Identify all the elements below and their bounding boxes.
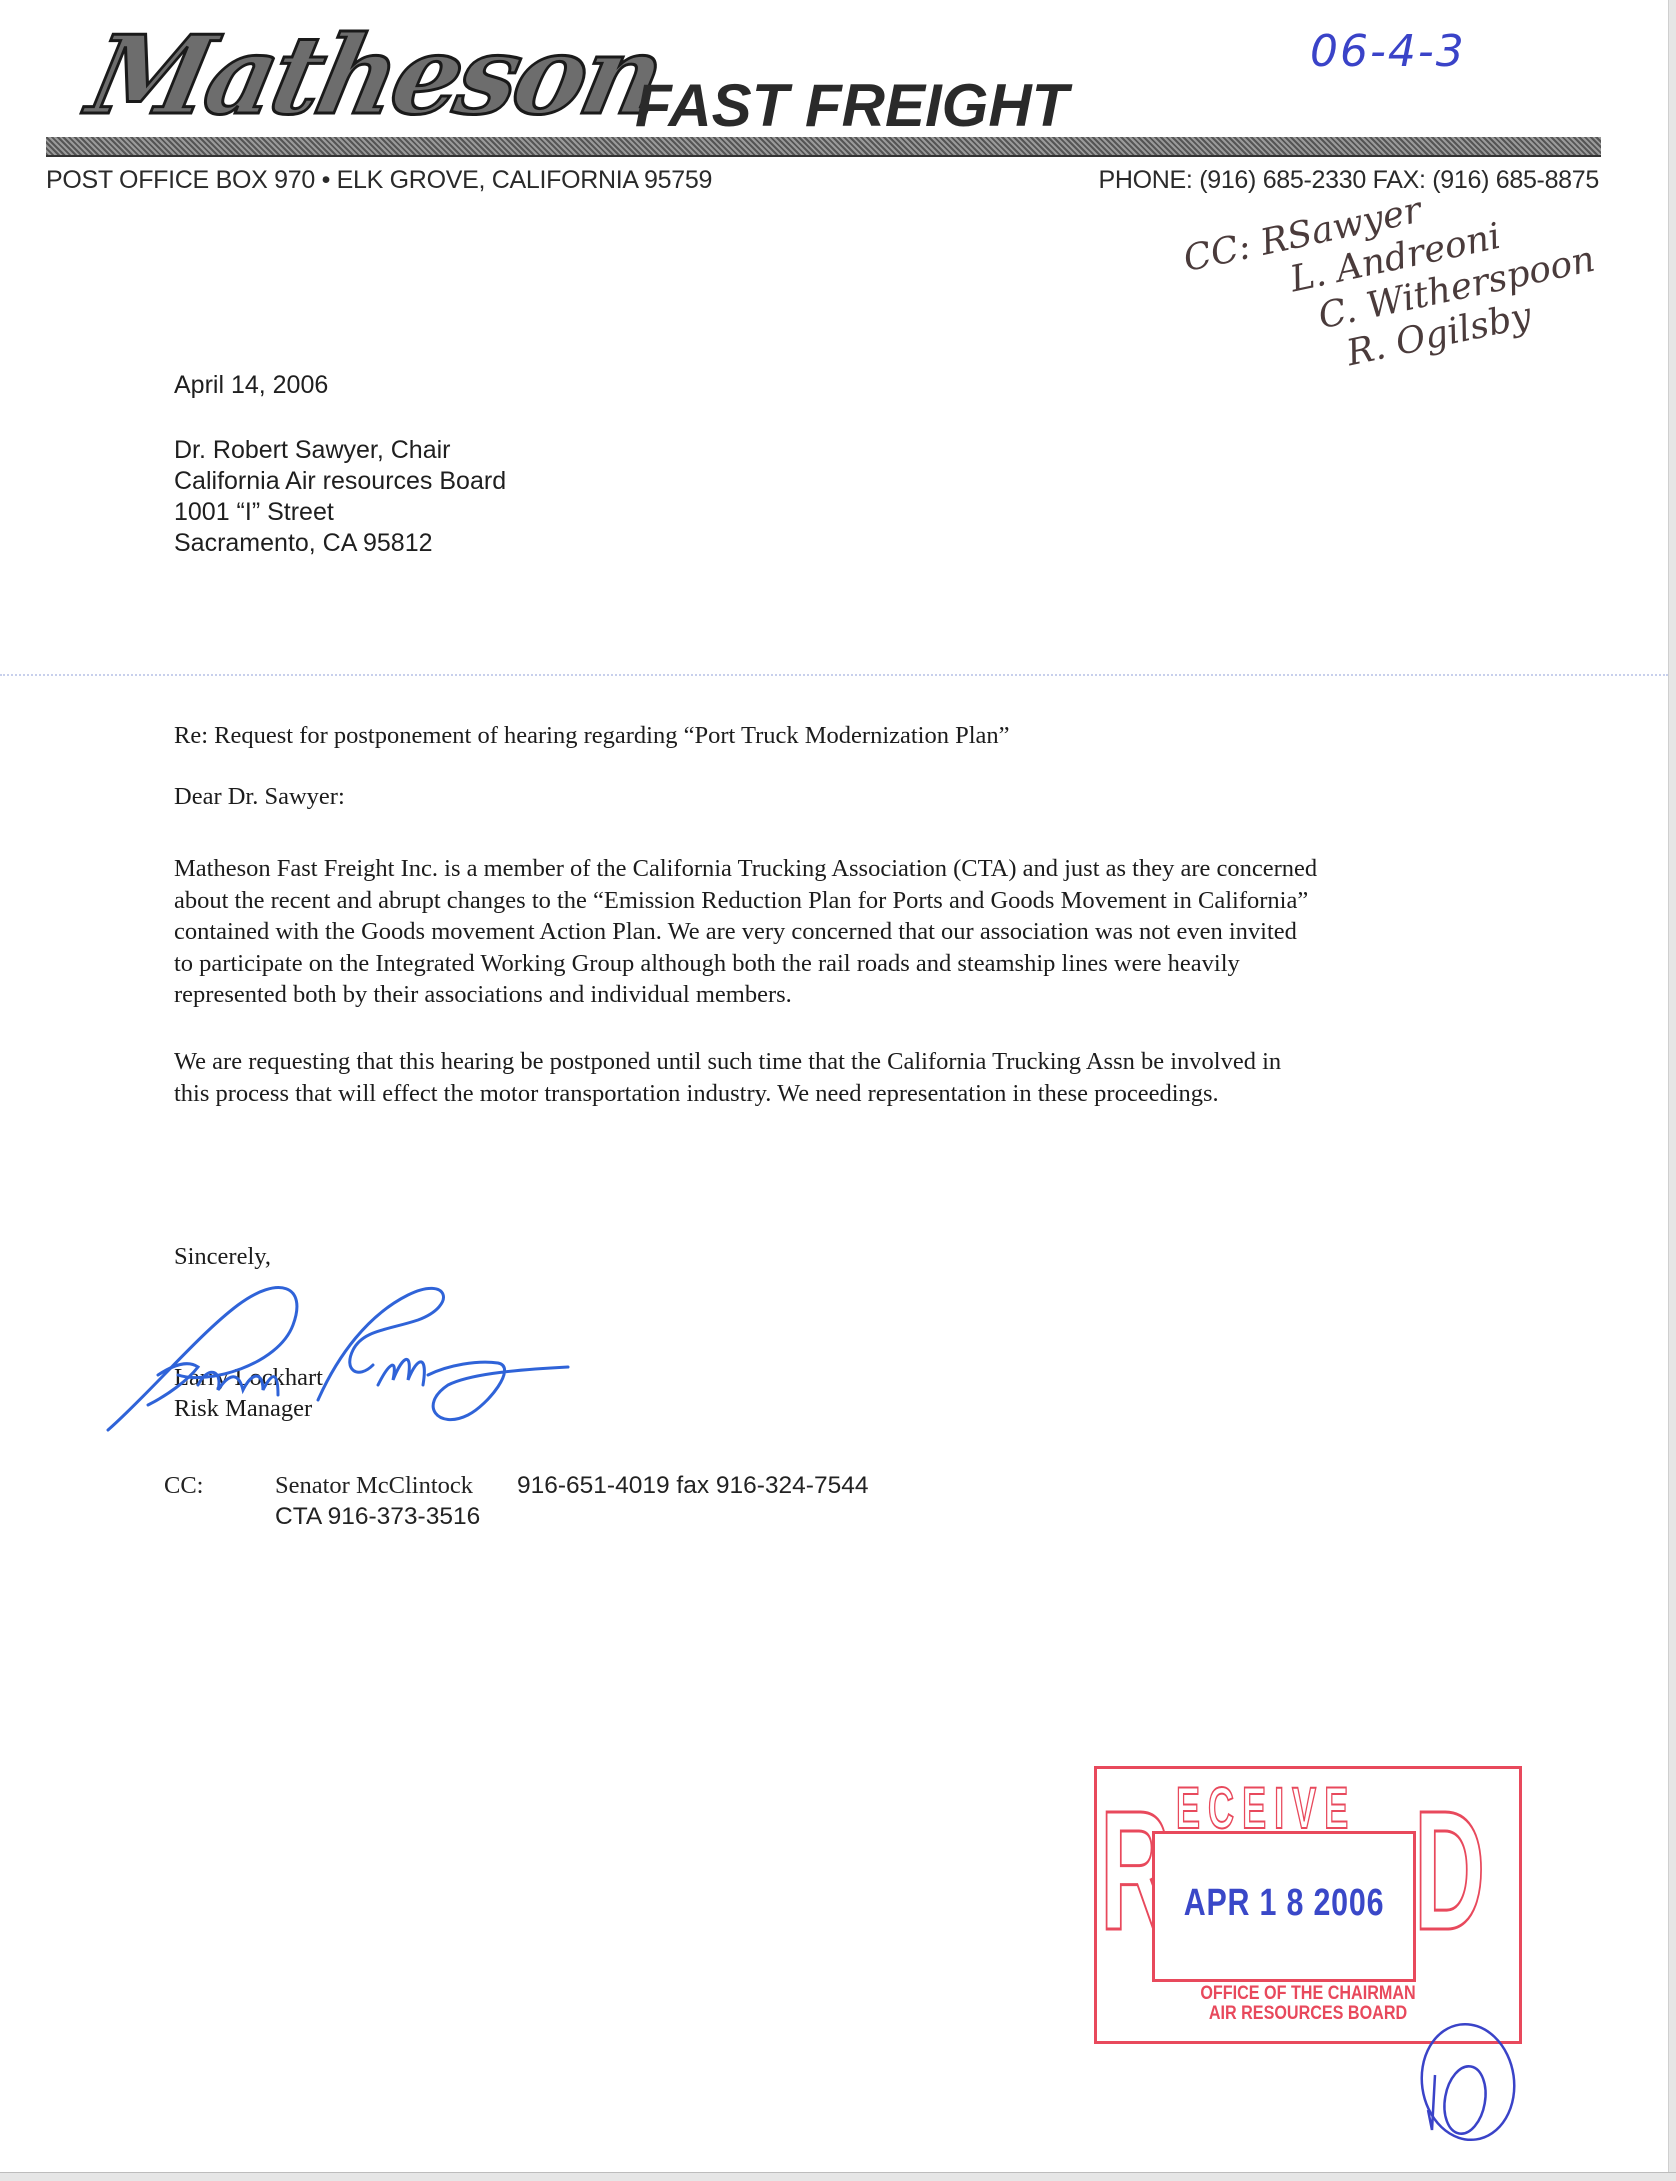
paragraph-line: to participate on the Integrated Working…	[174, 948, 1514, 980]
handwritten-signature	[88, 1255, 588, 1435]
recipient-line: Sacramento, CA 95812	[174, 528, 506, 559]
stamp-office: OFFICE OF THE CHAIRMAN AIR RESOURCES BOA…	[1126, 1984, 1490, 2024]
body-paragraph-2: We are requesting that this hearing be p…	[174, 1046, 1514, 1109]
paragraph-line: We are requesting that this hearing be p…	[174, 1046, 1514, 1078]
stamp-letters-middle: ECEIVE	[1176, 1780, 1331, 1838]
letterhead-rule	[46, 137, 1601, 157]
salutation: Dear Dr. Sawyer:	[174, 783, 345, 811]
recipient-line: Dr. Robert Sawyer, Chair	[174, 435, 506, 466]
handwritten-reference-number: 06-4-3	[1310, 26, 1466, 77]
paragraph-line: represented both by their associations a…	[174, 979, 1514, 1011]
cc-recipient-1-phones: 916-651-4019 fax 916-324-7544	[517, 1472, 868, 1499]
handwritten-circled-number	[1410, 2020, 1520, 2160]
stamp-date-box: APR 1 8 2006	[1152, 1831, 1416, 1982]
letterhead-address: POST OFFICE BOX 970 • ELK GROVE, CALIFOR…	[46, 166, 712, 195]
letter-date: April 14, 2006	[174, 370, 328, 401]
received-stamp: R ECEIVE D APR 1 8 2006 OFFICE OF THE CH…	[1094, 1766, 1522, 2044]
company-logo-script: Matheson	[81, 22, 670, 130]
paragraph-line: this process that will effect the motor …	[174, 1078, 1514, 1110]
subject-line: Re: Request for postponement of hearing …	[174, 722, 1010, 750]
body-paragraph-1: Matheson Fast Freight Inc. is a member o…	[174, 853, 1514, 1011]
recipient-address: Dr. Robert Sawyer, Chair California Air …	[174, 435, 506, 559]
paragraph-line: Matheson Fast Freight Inc. is a member o…	[174, 853, 1514, 885]
company-tagline: FAST FREIGHT	[635, 76, 1068, 136]
cc-recipient-1: Senator McClintock916-651-4019 fax 916-3…	[275, 1470, 868, 1501]
stamp-office-line: OFFICE OF THE CHAIRMAN	[1126, 1984, 1490, 2004]
paragraph-line: about the recent and abrupt changes to t…	[174, 885, 1514, 917]
cc-recipient-1-name: Senator McClintock	[275, 1472, 473, 1499]
paper-fold-line	[0, 674, 1668, 676]
recipient-line: California Air resources Board	[174, 466, 506, 497]
scan-page-edge	[1668, 0, 1676, 2181]
stamp-date: APR 1 8 2006	[1181, 1882, 1387, 1925]
stamp-letter-d: D	[1414, 1786, 1485, 1956]
cc-recipient-2: CTA 916-373-3516	[275, 1501, 480, 1532]
recipient-line: 1001 “I” Street	[174, 497, 506, 528]
paragraph-line: contained with the Goods movement Action…	[174, 916, 1514, 948]
scan-bottom-edge	[0, 2172, 1676, 2181]
cc-label: CC:	[164, 1470, 204, 1501]
